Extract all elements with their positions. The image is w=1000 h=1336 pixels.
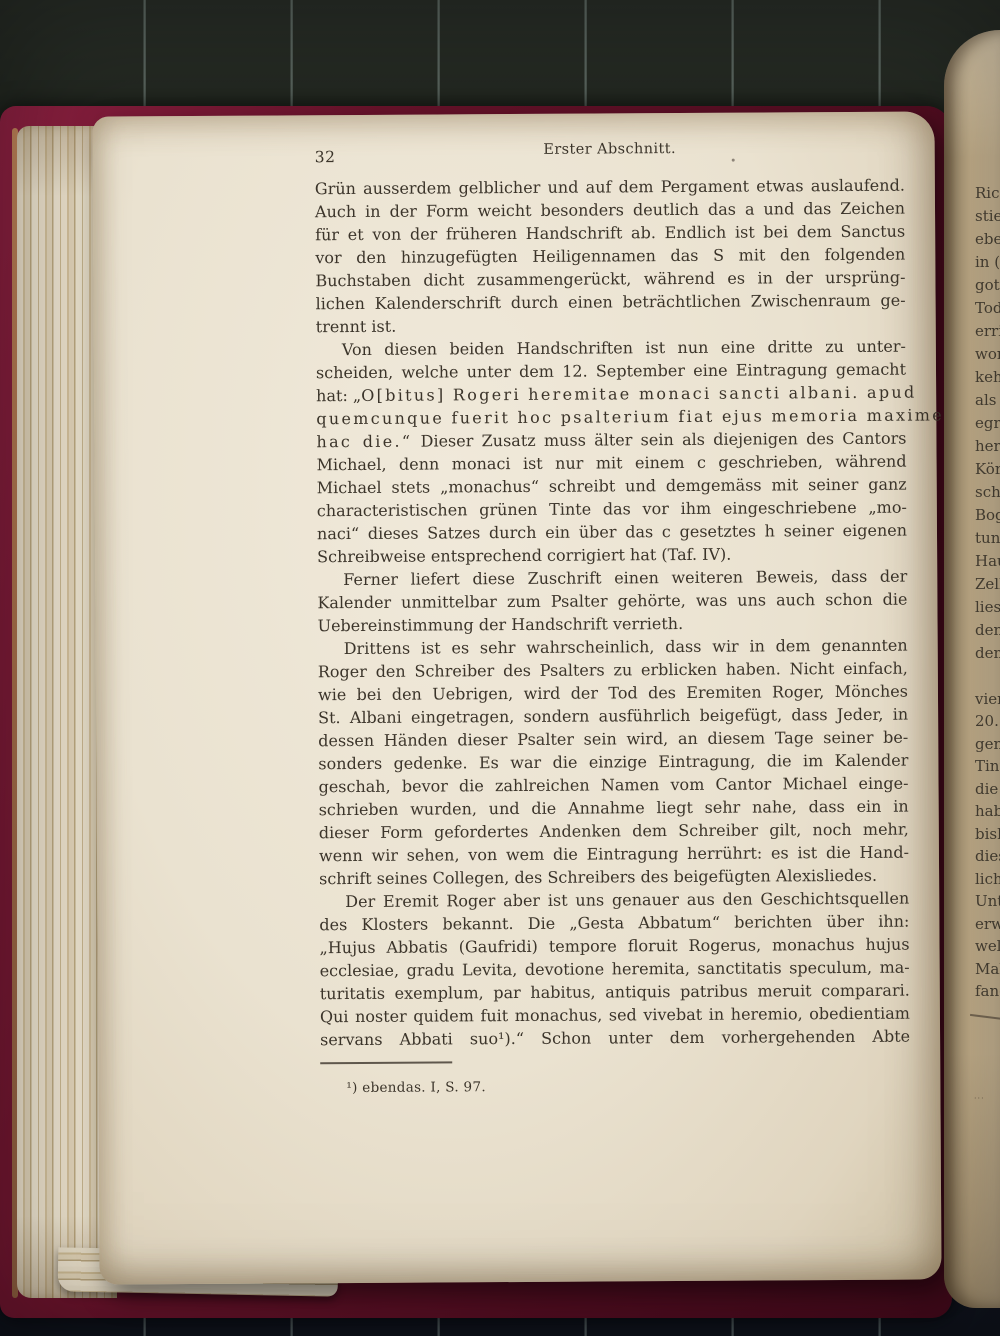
- text-segment: Drittens ist es sehr wahrscheinlich, das…: [344, 636, 908, 658]
- page-header: 32 Erster Abschnitt.: [315, 140, 905, 166]
- text-segment: Ferner liefert diese Zuschrift einen wei…: [343, 567, 907, 589]
- text-segment: St. Albani eingetragen, sondern ausführl…: [318, 705, 908, 728]
- facing-text-fragment: Haup: [975, 552, 1000, 570]
- letterspaced-latin-segment: O[bitus] Rogeri heremitae monaci sancti …: [361, 383, 916, 405]
- text-segment: servans Abbati suo¹).“ Schon unter dem v…: [320, 1027, 910, 1050]
- text-line: naci“ dieses Satzes durch ein über das c…: [317, 519, 907, 546]
- facing-text-fragment: lichen: [975, 870, 1000, 888]
- text-segment: sonders gedenke. Es war die einzige Eint…: [318, 751, 908, 774]
- text-segment: Grün ausserdem gelblicher und auf dem Pe…: [315, 176, 905, 199]
- text-segment: Uebereinstimmung der Handschrift verriet…: [317, 614, 683, 635]
- facing-text-fragment: den: [975, 621, 1000, 639]
- text-segment: hat: „: [316, 386, 361, 405]
- text-segment: Qui noster quidem fuit monachus, sed viv…: [320, 1004, 910, 1027]
- left-page: 32 Erster Abschnitt. Grün ausserdem gelb…: [92, 111, 941, 1284]
- text-segment: Auch in der Form weicht besonders deutli…: [315, 199, 905, 222]
- facing-text-fragment: bishe: [975, 825, 1000, 843]
- letterspaced-latin-segment: quemcunque fuerit hoc psalterium fiat ej…: [316, 405, 944, 428]
- text-segment: Von diesen beiden Handschriften ist nun …: [342, 337, 906, 359]
- text-segment: wie bei den Uebrigen, wird der Tod des E…: [318, 682, 908, 705]
- text-line: servans Abbati suo¹).“ Schon unter dem v…: [320, 1025, 910, 1052]
- facing-text-fragment: schi: [975, 483, 1000, 501]
- text-segment: Schreibweise entsprechend corrigiert hat…: [317, 545, 731, 567]
- text-segment: scheiden, welche unter dem 12. September…: [316, 360, 906, 383]
- facing-text-fragment: wor: [975, 345, 1000, 363]
- facing-text-fragment: her: [975, 437, 1000, 455]
- letterspaced-latin-segment: hac die.“: [316, 432, 412, 452]
- facing-text-fragment: Zelle: [975, 575, 1000, 593]
- facing-text-fragment: stie: [975, 207, 1000, 225]
- facing-text-fragment: got: [975, 276, 1000, 294]
- text-segment: naci“ dieses Satzes durch ein über das c…: [317, 521, 907, 544]
- text-segment: wenn wir sehen, von wem die Eintragung h…: [319, 843, 909, 866]
- facing-text-fragment: welch: [975, 937, 1000, 955]
- facing-text-fragment: 20.: [975, 712, 999, 730]
- text-segment: geschah, bevor die zahlreichen Namen vom…: [318, 774, 908, 797]
- text-segment: Michael, denn monaci ist nur mit einem c…: [317, 452, 907, 475]
- running-head: Erster Abschnitt.: [543, 141, 676, 158]
- page-number: 32: [315, 148, 336, 166]
- facing-text-fragment: habe: [975, 802, 1000, 820]
- facing-text-fragment: in (: [975, 253, 1000, 271]
- facing-text-fragment: als: [975, 391, 996, 409]
- text-segment: Kalender unmittelbar zum Psalter gehörte…: [317, 590, 907, 613]
- text-segment: lichen Kalenderschrift durch einen beträ…: [316, 291, 906, 314]
- facing-text-fragment: keh: [975, 368, 1000, 386]
- text-segment: des Klosters bekannt. Die „Gesta Abbatum…: [319, 912, 909, 935]
- facing-text-fragment: erwäh: [975, 915, 1000, 933]
- facing-text-fragment: gene: [975, 735, 1000, 753]
- facing-text-fragment: ebe: [975, 230, 1000, 248]
- text-segment: Buchstaben dicht zusammengerückt, währen…: [315, 268, 905, 291]
- facing-footnote-rule: [970, 1014, 1000, 1020]
- text-segment: turitatis exemplum, par habitus, antiqui…: [320, 981, 910, 1004]
- facing-text-fragment: Tod: [975, 299, 1000, 317]
- facing-text-fragment: egre: [975, 414, 1000, 432]
- facing-text-fragment: liess.: [975, 598, 1000, 616]
- text-segment: Michael stets „monachus“ schreibt und de…: [317, 475, 907, 498]
- facing-page-sliver: ··· Richstieebein (gotToderriworkehalseg…: [944, 30, 1000, 1308]
- text-segment: schrieben wurden, und die Annahme liegt …: [319, 797, 909, 820]
- body-text: Grün ausserdem gelblicher und auf dem Pe…: [315, 174, 910, 1052]
- facing-text-fragment: erri: [975, 322, 1000, 340]
- facing-text-fragment: Tinte: [975, 757, 1000, 775]
- text-segment: vor den hinzugefügten Heiligennamen das …: [315, 245, 905, 268]
- text-segment: trennt ist.: [316, 317, 397, 336]
- text-line: lichen Kalenderschrift durch einen beträ…: [316, 289, 906, 316]
- facing-text-fragment: Unter: [975, 892, 1000, 910]
- facing-illegible-marks: ···: [974, 1094, 985, 1103]
- text-segment: Dieser Zusatz muss älter sein als diejen…: [412, 429, 906, 451]
- facing-text-fragment: dem: [975, 644, 1000, 662]
- text-segment: Der Eremit Roger aber ist uns genauer au…: [345, 889, 909, 911]
- text-segment: für et von der früheren Handschrift ab. …: [315, 222, 905, 245]
- book-photo-scene: 32 Erster Abschnitt. Grün ausserdem gelb…: [0, 0, 1000, 1336]
- text-line: Kalender unmittelbar zum Psalter gehörte…: [317, 588, 907, 615]
- facing-text-fragment: diese: [975, 847, 1000, 865]
- facing-text-fragment: Mal n: [975, 960, 1000, 978]
- text-segment: characteristischen grünen Tinte das vor …: [317, 498, 907, 521]
- facing-text-fragment: tung: [975, 529, 1000, 547]
- facing-text-fragment: die: [975, 780, 998, 798]
- text-segment: schrift seines Collegen, des Schreibers …: [319, 866, 877, 888]
- text-segment: Roger den Schreiber des Psalters zu erbl…: [318, 659, 908, 682]
- facing-text-fragment: Rich: [975, 184, 1000, 202]
- text-segment: ecclesiae, gradu Levita, devotione herem…: [320, 958, 910, 981]
- facing-text-fragment: Bog: [975, 506, 1000, 524]
- facing-text-fragment: viert: [975, 690, 1000, 708]
- text-segment: dieser Form gefordertes Andenken dem Sch…: [319, 820, 909, 843]
- footnote-rule: [320, 1061, 452, 1064]
- text-segment: dessen Händen dieser Psalter sein wird, …: [318, 728, 908, 751]
- ink-speck: [732, 159, 735, 162]
- facing-text-fragment: fand: [975, 982, 1000, 1000]
- facing-text-fragment: Kör: [975, 460, 1000, 478]
- text-segment: „Hujus Abbatis (Gaufridi) tempore florui…: [319, 935, 909, 958]
- footnote: ¹) ebendas. I, S. 97.: [346, 1079, 486, 1096]
